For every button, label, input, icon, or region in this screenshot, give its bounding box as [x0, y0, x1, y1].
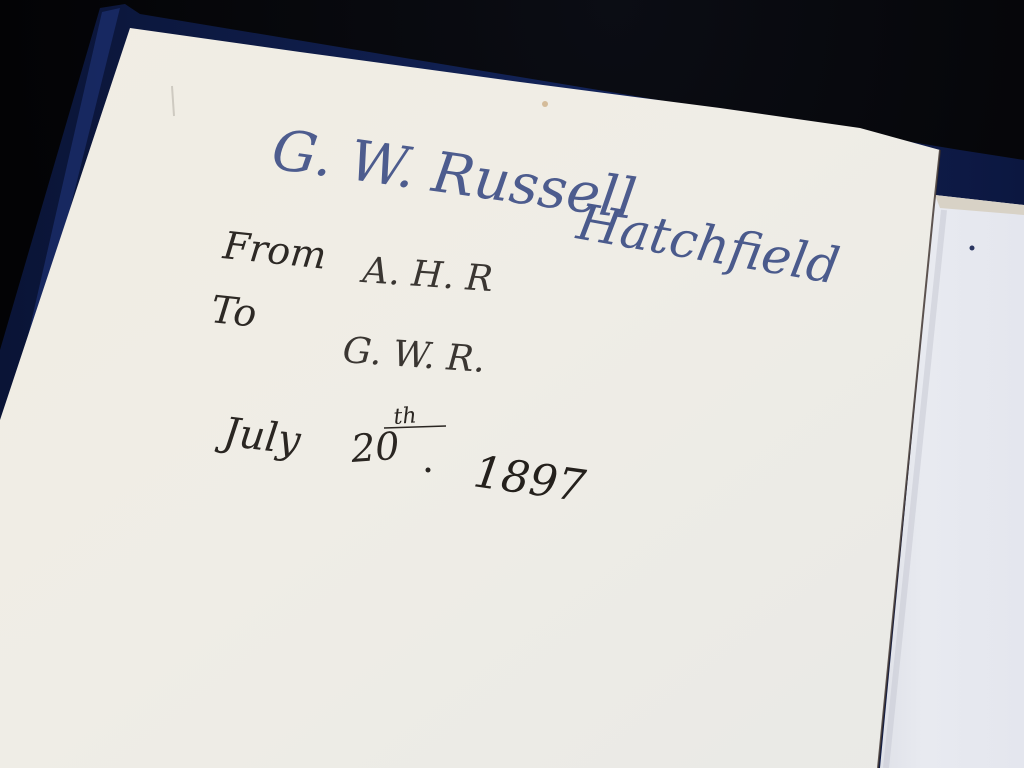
- photo-scene: G. W. Russell Hatchfield From A. H. R To…: [0, 0, 1024, 768]
- book: [0, 0, 1024, 768]
- endpaper: [0, 28, 940, 768]
- book-illustration: [0, 0, 1024, 768]
